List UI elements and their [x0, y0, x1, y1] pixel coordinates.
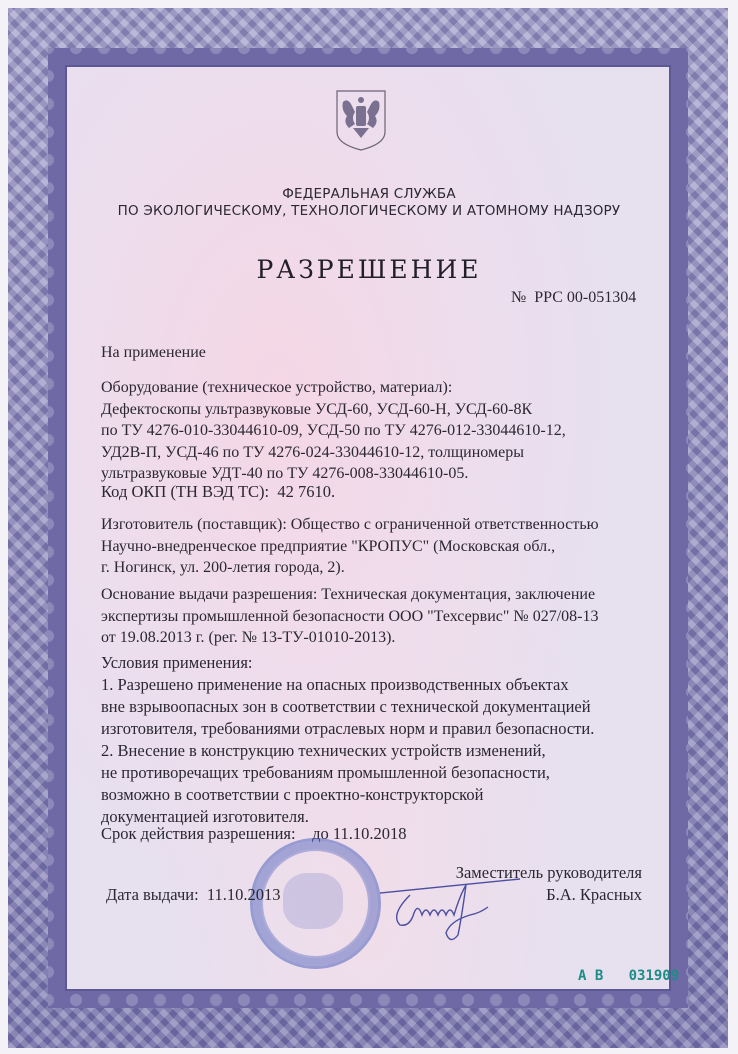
equipment-line: Оборудование (техническое устройство, ма… — [101, 377, 566, 399]
condition-line: 1. Разрешено применение на опасных произ… — [101, 674, 594, 696]
manufacturer-line: Научно-внедренческое предприятие "КРОПУС… — [101, 536, 599, 558]
permit-number-value: РРС 00-051304 — [534, 289, 636, 306]
number-sign: № — [511, 289, 526, 306]
basis-line: Основание выдачи разрешения: Техническая… — [101, 584, 598, 606]
conditions-heading: Условия применения: — [101, 652, 594, 674]
okp-code: Код ОКП (ТН ВЭД ТС): 42 7610. — [101, 481, 335, 503]
signature-icon — [370, 875, 530, 945]
manufacturer-line: Изготовитель (поставщик): Общество с огр… — [101, 514, 599, 536]
blank-serial: А В 031909 — [578, 968, 679, 984]
basis-line: экспертизы промышленной безопасности ООО… — [101, 606, 598, 628]
agency-name-line1: ФЕДЕРАЛЬНАЯ СЛУЖБА — [0, 186, 738, 202]
issue-date-label: Дата выдачи: — [106, 885, 199, 904]
condition-line: 2. Внесение в конструкцию технических ус… — [101, 740, 594, 762]
condition-line: изготовителя, требованиями отраслевых но… — [101, 718, 594, 740]
basis-line: от 19.08.2013 г. (рег. № 13-ТУ-01010-201… — [101, 627, 598, 649]
issue-date-value: 11.10.2013 — [207, 885, 281, 904]
basis-block: Основание выдачи разрешения: Техническая… — [101, 584, 598, 649]
serial-series: А В — [578, 968, 603, 984]
purpose: На применение — [101, 342, 206, 364]
condition-line: вне взрывоопасных зон в соответствии с т… — [101, 696, 594, 718]
condition-line: возможно в соответствии с проектно-конст… — [101, 784, 594, 806]
issue-date: Дата выдачи: 11.10.2013 — [106, 884, 281, 906]
equipment-line: Дефектоскопы ультразвуковые УСД-60, УСД-… — [101, 399, 566, 421]
agency-name-line2: ПО ЭКОЛОГИЧЕСКОМУ, ТЕХНОЛОГИЧЕСКОМУ И АТ… — [0, 203, 738, 219]
manufacturer-block: Изготовитель (поставщик): Общество с огр… — [101, 514, 599, 579]
seal-emblem — [283, 873, 343, 929]
equipment-block: Оборудование (техническое устройство, ма… — [101, 377, 566, 485]
conditions-block: Условия применения: 1. Разрешено примене… — [101, 652, 594, 828]
okp-code-value: 42 7610. — [277, 482, 335, 501]
serial-number: 031909 — [629, 968, 680, 984]
equipment-line: УД2В-П, УСД-46 по ТУ 4276-024-33044610-1… — [101, 442, 566, 464]
russian-coat-of-arms-icon — [333, 88, 389, 152]
document-title: РАЗРЕШЕНИЕ — [0, 255, 738, 284]
condition-line: не противоречащих требованиям промышленн… — [101, 762, 594, 784]
equipment-line: по ТУ 4276-010-33044610-09, УСД-50 по ТУ… — [101, 420, 566, 442]
okp-code-label: Код ОКП (ТН ВЭД ТС): — [101, 482, 269, 501]
validity: Срок действия разрешения: до 11.10.2018 — [101, 823, 407, 845]
manufacturer-line: г. Ногинск, ул. 200-летия города, 2). — [101, 557, 599, 579]
permit-number: № РРС 00-051304 — [511, 289, 636, 307]
validity-label: Срок действия разрешения: — [101, 824, 296, 843]
